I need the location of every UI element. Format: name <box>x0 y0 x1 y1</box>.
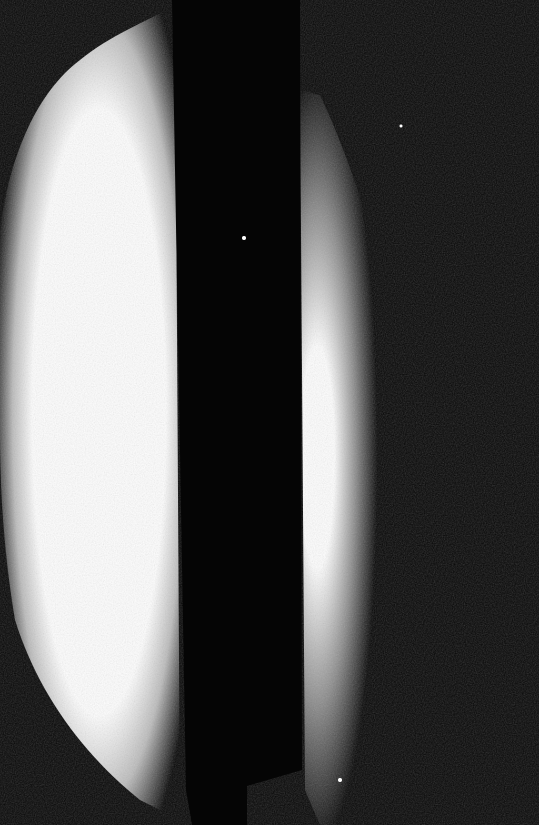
light-speck <box>338 778 342 782</box>
black-white-photograph <box>0 0 539 825</box>
light-speck <box>400 125 403 128</box>
dark-vertical-strip <box>172 0 302 825</box>
light-speck <box>242 236 246 240</box>
